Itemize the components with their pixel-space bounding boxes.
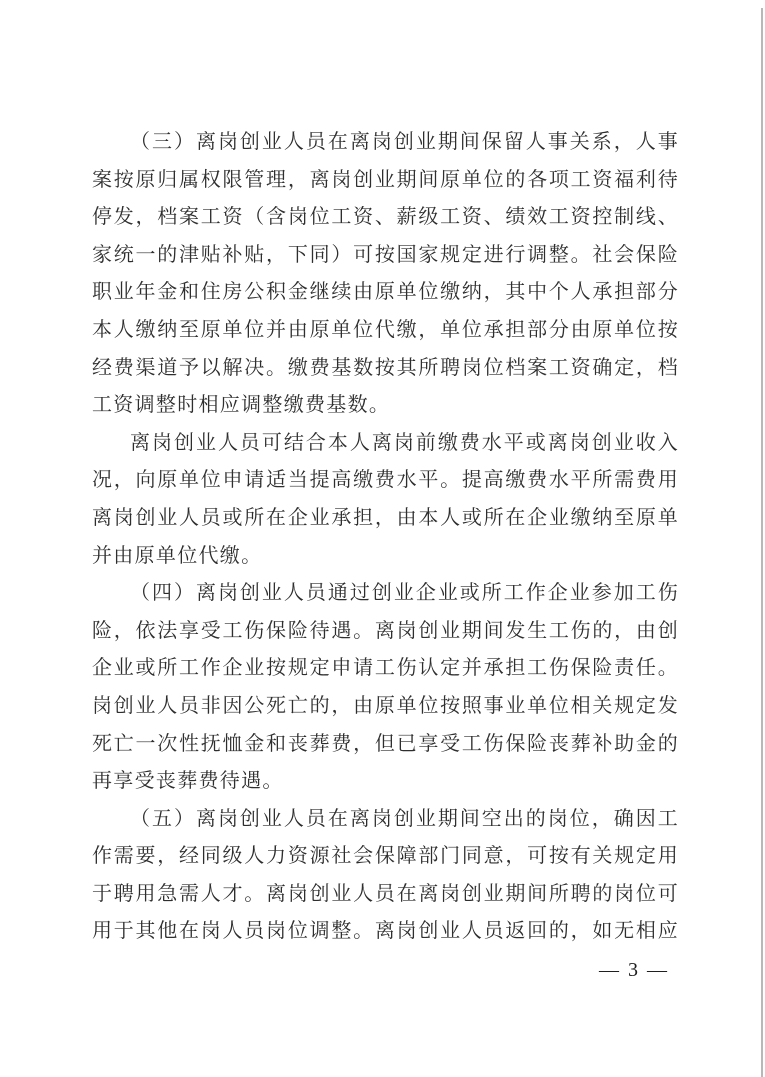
text-line: 案按原归属权限管理，离岗创业期间原单位的各项工资福利待遇 (92, 162, 679, 200)
text-line: 死亡一次性抚恤金和丧葬费，但已享受工伤保险丧葬补助金的不 (92, 726, 679, 764)
page-number: — 3 — (599, 952, 669, 990)
document-text: （三）离岗创业人员在离岗创业期间保留人事关系，人事档案按原归属权限管理，离岗创业… (92, 124, 679, 951)
text-line: （四）离岗创业人员通过创业企业或所工作企业参加工伤保 (92, 575, 679, 613)
text-line: （五）离岗创业人员在离岗创业期间空出的岗位，确因工 (92, 801, 679, 839)
text-line: 作需要，经同级人力资源社会保障部门同意，可按有关规定用 (92, 838, 679, 876)
text-line: 离岗创业人员或所在企业承担，由本人或所在企业缴纳至原单位 (92, 500, 679, 538)
text-line: 并由原单位代缴。 (92, 538, 679, 576)
text-line: 停发，档案工资（含岗位工资、薪级工资、绩效工资控制线、国 (92, 199, 679, 237)
document-page: （三）离岗创业人员在离岗创业期间保留人事关系，人事档案按原归属权限管理，离岗创业… (0, 0, 765, 1077)
text-line: 再享受丧葬费待遇。 (92, 763, 679, 801)
text-line: 经费渠道予以解决。缴费基数按其所聘岗位档案工资确定，档案 (92, 350, 679, 388)
text-line: 本人缴纳至原单位并由原单位代缴，单位承担部分由原单位按原 (92, 312, 679, 350)
text-line: 况，向原单位申请适当提高缴费水平。提高缴费水平所需费用由 (92, 462, 679, 500)
text-line: （三）离岗创业人员在离岗创业期间保留人事关系，人事档 (92, 124, 679, 162)
text-line: 岗创业人员非因公死亡的，由原单位按照事业单位相关规定发放 (92, 688, 679, 726)
text-line: 险，依法享受工伤保险待遇。离岗创业期间发生工伤的，由创业 (92, 613, 679, 651)
text-line: 工资调整时相应调整缴费基数。 (92, 387, 679, 425)
text-line: 家统一的津贴补贴，下同）可按国家规定进行调整。社会保险费、 (92, 237, 679, 275)
text-line: 用于其他在岗人员岗位调整。离岗创业人员返回的，如无相应 (92, 913, 679, 951)
scan-edge-line (761, 8, 763, 1077)
text-line: 职业年金和住房公积金继续由原单位缴纳，其中个人承担部分由 (92, 274, 679, 312)
text-line: 企业或所工作企业按规定申请工伤认定并承担工伤保险责任。离 (92, 650, 679, 688)
text-line: 离岗创业人员可结合本人离岗前缴费水平或离岗创业收入情 (92, 425, 679, 463)
text-line: 于聘用急需人才。离岗创业人员在离岗创业期间所聘的岗位可 (92, 876, 679, 914)
